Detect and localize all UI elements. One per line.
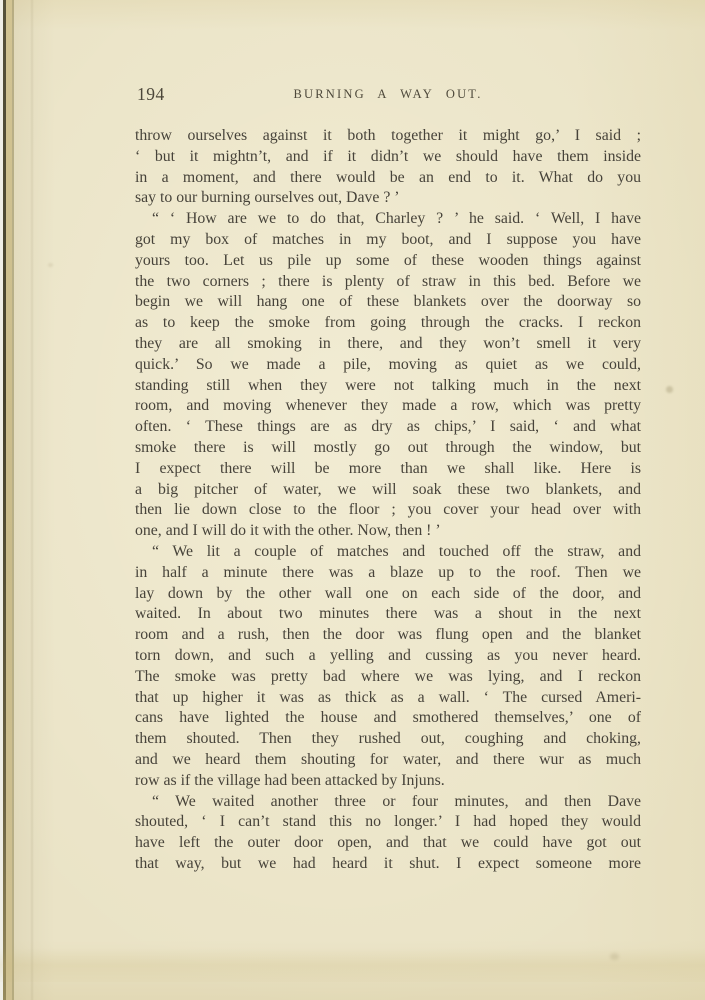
body-line: shouted, ‘ I can’t stand this no longer.… xyxy=(135,812,641,833)
body-line: I expect there will be more than we shal… xyxy=(135,459,641,480)
body-line: “ ‘ How are we to do that, Charley ? ’ h… xyxy=(135,209,641,230)
body-line: in a moment, and there would be an end t… xyxy=(135,168,641,189)
body-line: room and a rush, then the door was flung… xyxy=(135,625,641,646)
body-line: often. ‘ These things are as dry as chip… xyxy=(135,417,641,438)
body-line: a big pitcher of water, we will soak the… xyxy=(135,480,641,501)
body-line: yours too. Let us pile up some of these … xyxy=(135,251,641,272)
body-line: got my box of matches in my boot, and I … xyxy=(135,230,641,251)
body-line: one, and I will do it with the other. No… xyxy=(135,521,641,542)
body-line: row as if the village had been attacked … xyxy=(135,771,641,792)
body-line: standing still when they were not talkin… xyxy=(135,376,641,397)
body-line: “ We lit a couple of matches and touched… xyxy=(135,542,641,563)
paper-speck xyxy=(666,386,673,393)
body-line: them shouted. Then they rushed out, coug… xyxy=(135,729,641,750)
body-line: torn down, and such a yelling and cussin… xyxy=(135,646,641,667)
body-line: the two corners ; there is plenty of str… xyxy=(135,272,641,293)
body-text: throw ourselves against it both together… xyxy=(135,126,641,875)
body-line: “ We waited another three or four minute… xyxy=(135,792,641,813)
body-line: they are all smoking in there, and they … xyxy=(135,334,641,355)
body-line: have left the outer door open, and that … xyxy=(135,833,641,854)
body-line: smoke there is will mostly go out throug… xyxy=(135,438,641,459)
body-line: and we heard them shouting for water, an… xyxy=(135,750,641,771)
paragraph: throw ourselves against it both together… xyxy=(135,126,641,209)
body-line: The smoke was pretty bad where we was ly… xyxy=(135,667,641,688)
body-line: cans have lighted the house and smothere… xyxy=(135,708,641,729)
body-line: say to our burning ourselves out, Dave ?… xyxy=(135,188,641,209)
page-crease xyxy=(30,0,34,1000)
body-line: begin we will hang one of these blankets… xyxy=(135,292,641,313)
body-line: waited. In about two minutes there was a… xyxy=(135,604,641,625)
body-line: then lie down close to the floor ; you c… xyxy=(135,500,641,521)
paper-tone-band xyxy=(0,948,705,982)
body-line: room, and moving whenever they made a ro… xyxy=(135,396,641,417)
body-line: ‘ but it mightn’t, and if it didn’t we s… xyxy=(135,147,641,168)
body-line: in half a minute there was a blaze up to… xyxy=(135,563,641,584)
scanned-book-page: 194 BURNING A WAY OUT. throw ourselves a… xyxy=(0,0,705,1000)
body-line: as to keep the smoke from going through … xyxy=(135,313,641,334)
body-line: quick.’ So we made a pile, moving as qui… xyxy=(135,355,641,376)
body-line: that up higher it was as thick as a wall… xyxy=(135,688,641,709)
page-header: 194 BURNING A WAY OUT. xyxy=(135,84,641,106)
body-line: lay down by the other wall one on each s… xyxy=(135,584,641,605)
page-edge-line xyxy=(12,0,14,1000)
paragraph: “ We lit a couple of matches and touched… xyxy=(135,542,641,792)
body-line: throw ourselves against it both together… xyxy=(135,126,641,147)
paragraph: “ We waited another three or four minute… xyxy=(135,792,641,875)
paper-speck xyxy=(610,953,619,960)
paragraph: “ ‘ How are we to do that, Charley ? ’ h… xyxy=(135,209,641,542)
running-header: BURNING A WAY OUT. xyxy=(135,87,641,102)
body-line: that way, but we had heard it shut. I ex… xyxy=(135,854,641,875)
paper-speck xyxy=(48,263,53,267)
